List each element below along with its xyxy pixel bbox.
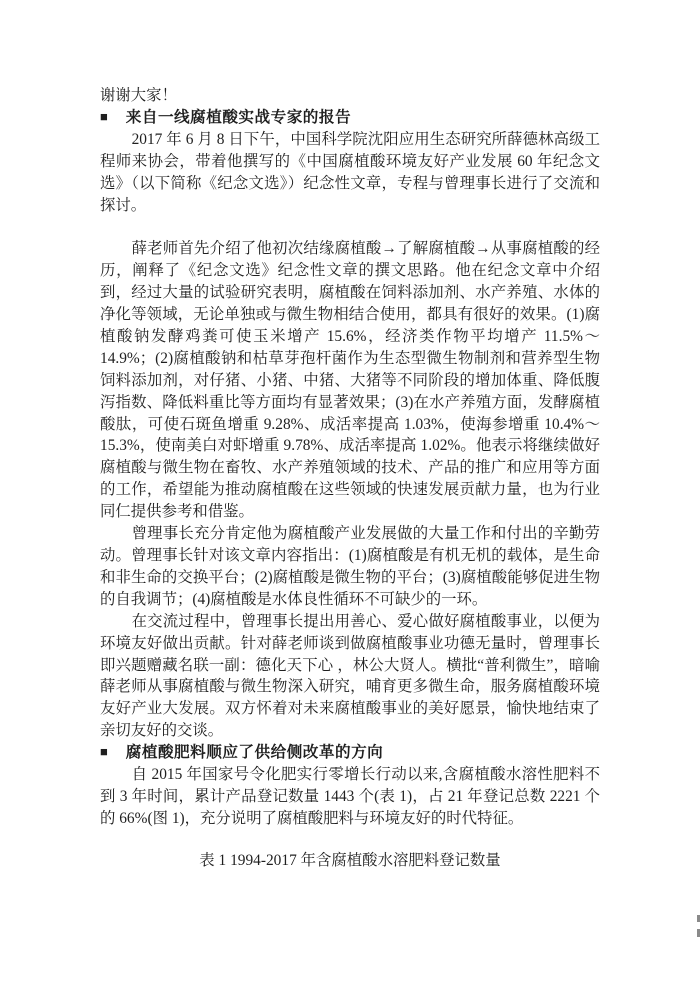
document-content: 谢谢大家！ ■ 来自一线腐植酸实战专家的报告 2017 年 6 月 8 日下午，…: [100, 85, 600, 872]
section-2-title: 腐植酸肥料顺应了供给侧改革的方向: [126, 744, 384, 761]
square-bullet-icon: ■: [100, 106, 108, 128]
section-2-heading: ■ 腐植酸肥料顺应了供给侧改革的方向: [100, 742, 600, 764]
square-bullet-icon: ■: [100, 741, 108, 763]
section-1-title: 来自一线腐植酸实战专家的报告: [126, 109, 351, 126]
document-page: 谢谢大家！ ■ 来自一线腐植酸实战专家的报告 2017 年 6 月 8 日下午，…: [0, 0, 700, 990]
section-1-heading: ■ 来自一线腐植酸实战专家的报告: [100, 107, 600, 129]
section-1-paragraph-3: 曾理事长充分肯定他为腐植酸产业发展做的大量工作和付出的辛勤劳动。曾理事长针对该文…: [100, 523, 600, 611]
section-1-paragraph-1: 2017 年 6 月 8 日下午，中国科学院沈阳应用生态研究所薛德林高级工程师来…: [100, 129, 600, 217]
closing-line: 谢谢大家！: [100, 85, 600, 107]
section-1-paragraph-4: 在交流过程中，曾理事长提出用善心、爱心做好腐植酸事业，以便为环境友好做出贡献。针…: [100, 611, 600, 742]
section-1-paragraph-2: 薛老师首先介绍了他初次结缘腐植酸→了解腐植酸→从事腐植酸的经历，阐释了《纪念文选…: [100, 238, 600, 523]
section-2-paragraph-1: 自 2015 年国家号令化肥实行零增长行动以来,含腐植酸水溶性肥料不到 3 年时…: [100, 764, 600, 830]
table-caption: 表 1 1994-2017 年含腐植酸水溶肥料登记数量: [100, 850, 600, 872]
